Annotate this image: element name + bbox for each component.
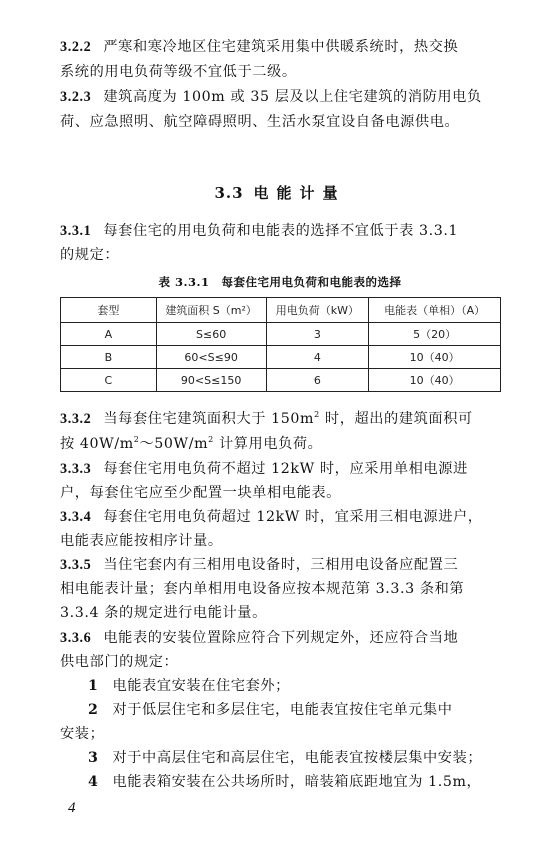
clause-number: 3.3.3 [60, 461, 91, 477]
clause-number: 3.3.5 [60, 557, 91, 573]
clause-3-3-3-line1: 3.3.3每套住宅用电负荷不超过 12kW 时，应采用单相电源进 [60, 460, 468, 478]
clause-3-2-2-line2: 系统的用电负荷等级不宜低于二级。 [60, 63, 297, 81]
header-floor-area: 建筑面积 S（m²） [156, 298, 266, 323]
clause-3-3-6-line1: 3.3.6电能表的安装位置除应符合下列规定外，还应符合当地 [60, 629, 458, 647]
clause-number: 3.3.1 [60, 223, 91, 239]
table-row: A S≤60 3 5（20） [61, 323, 501, 346]
list-item: 3对于中高层住宅和高层住宅，电能表宜按楼层集中安装； [60, 749, 482, 767]
header-unit-type: 套型 [61, 298, 157, 323]
clause-3-3-2-line2: 按 40W/m2～50W/m2 计算用电负荷。 [60, 435, 322, 453]
table-row: B 60<S≤90 4 10（40） [61, 346, 501, 369]
list-item: 1电能表宜安装在住宅套外； [60, 677, 290, 695]
clause-3-2-2-line1: 3.2.2严寒和寒冷地区住宅建筑采用集中供暖系统时，热交换 [60, 38, 458, 56]
clause-3-3-3-line2: 户，每套住宅应至少配置一块单相电能表。 [60, 484, 341, 502]
clause-3-3-1-line2: 的规定： [60, 246, 119, 264]
clause-3-3-6-line2: 供电部门的规定： [60, 653, 178, 671]
list-item: 2对于低层住宅和多层住宅，电能表宜按住宅单元集中 [60, 701, 453, 719]
page-number: 4 [68, 800, 76, 817]
table-row: C 90<S≤150 6 10（40） [61, 369, 501, 392]
clause-3-3-5-line1: 3.3.5当住宅套内有三相用电设备时，三相用电设备应配置三 [60, 556, 458, 574]
load-meter-table: 套型 建筑面积 S（m²） 用电负荷（kW） 电能表（单相）（A） A S≤60… [60, 297, 501, 392]
clause-3-2-3-line1: 3.2.3建筑高度为 100m 或 35 层及以上住宅建筑的消防用电负 [60, 88, 482, 106]
clause-number: 3.3.2 [60, 411, 91, 427]
clause-3-3-5-line3: 3.3.4 条的规定进行电能计量。 [60, 604, 267, 622]
clause-3-3-1-line1: 3.3.1每套住宅的用电负荷和电能表的选择不宜低于表 3.3.1 [60, 222, 458, 240]
clause-3-3-4-line2: 电能表应能按相序计量。 [60, 532, 223, 550]
clause-number: 3.2.2 [60, 39, 91, 55]
clause-3-2-3-line2: 荷、应急照明、航空障碍照明、生活水泵宜设自备电源供电。 [60, 113, 459, 131]
header-meter: 电能表（单相）（A） [369, 298, 501, 323]
clause-number: 3.3.4 [60, 509, 91, 525]
clause-3-3-5-line2: 相电能表计量；套内单相用电设备应按本规范第 3.3.3 条和第 [60, 580, 464, 598]
section-title: 电能计量 [254, 184, 346, 202]
header-electric-load: 用电负荷（kW） [266, 298, 369, 323]
table-header-row: 套型 建筑面积 S（m²） 用电负荷（kW） 电能表（单相）（A） [61, 298, 501, 323]
clause-3-3-2-line1: 3.3.2当每套住宅建筑面积大于 150m2 时，超出的建筑面积可 [60, 410, 473, 428]
list-item-continuation: 安装； [60, 725, 104, 743]
table-caption: 表 3.3.1 每套住宅用电负荷和电能表的选择 [60, 274, 500, 290]
section-number: 3.3 [214, 184, 243, 202]
clause-number: 3.3.6 [60, 630, 91, 646]
section-heading: 3.3电能计量 [60, 182, 500, 203]
clause-number: 3.2.3 [60, 89, 91, 105]
list-item: 4电能表箱安装在公共场所时，暗装箱底距地宜为 1.5m， [60, 773, 481, 791]
clause-3-3-4-line1: 3.3.4每套住宅用电负荷超过 12kW 时，宜采用三相电源进户， [60, 508, 483, 526]
